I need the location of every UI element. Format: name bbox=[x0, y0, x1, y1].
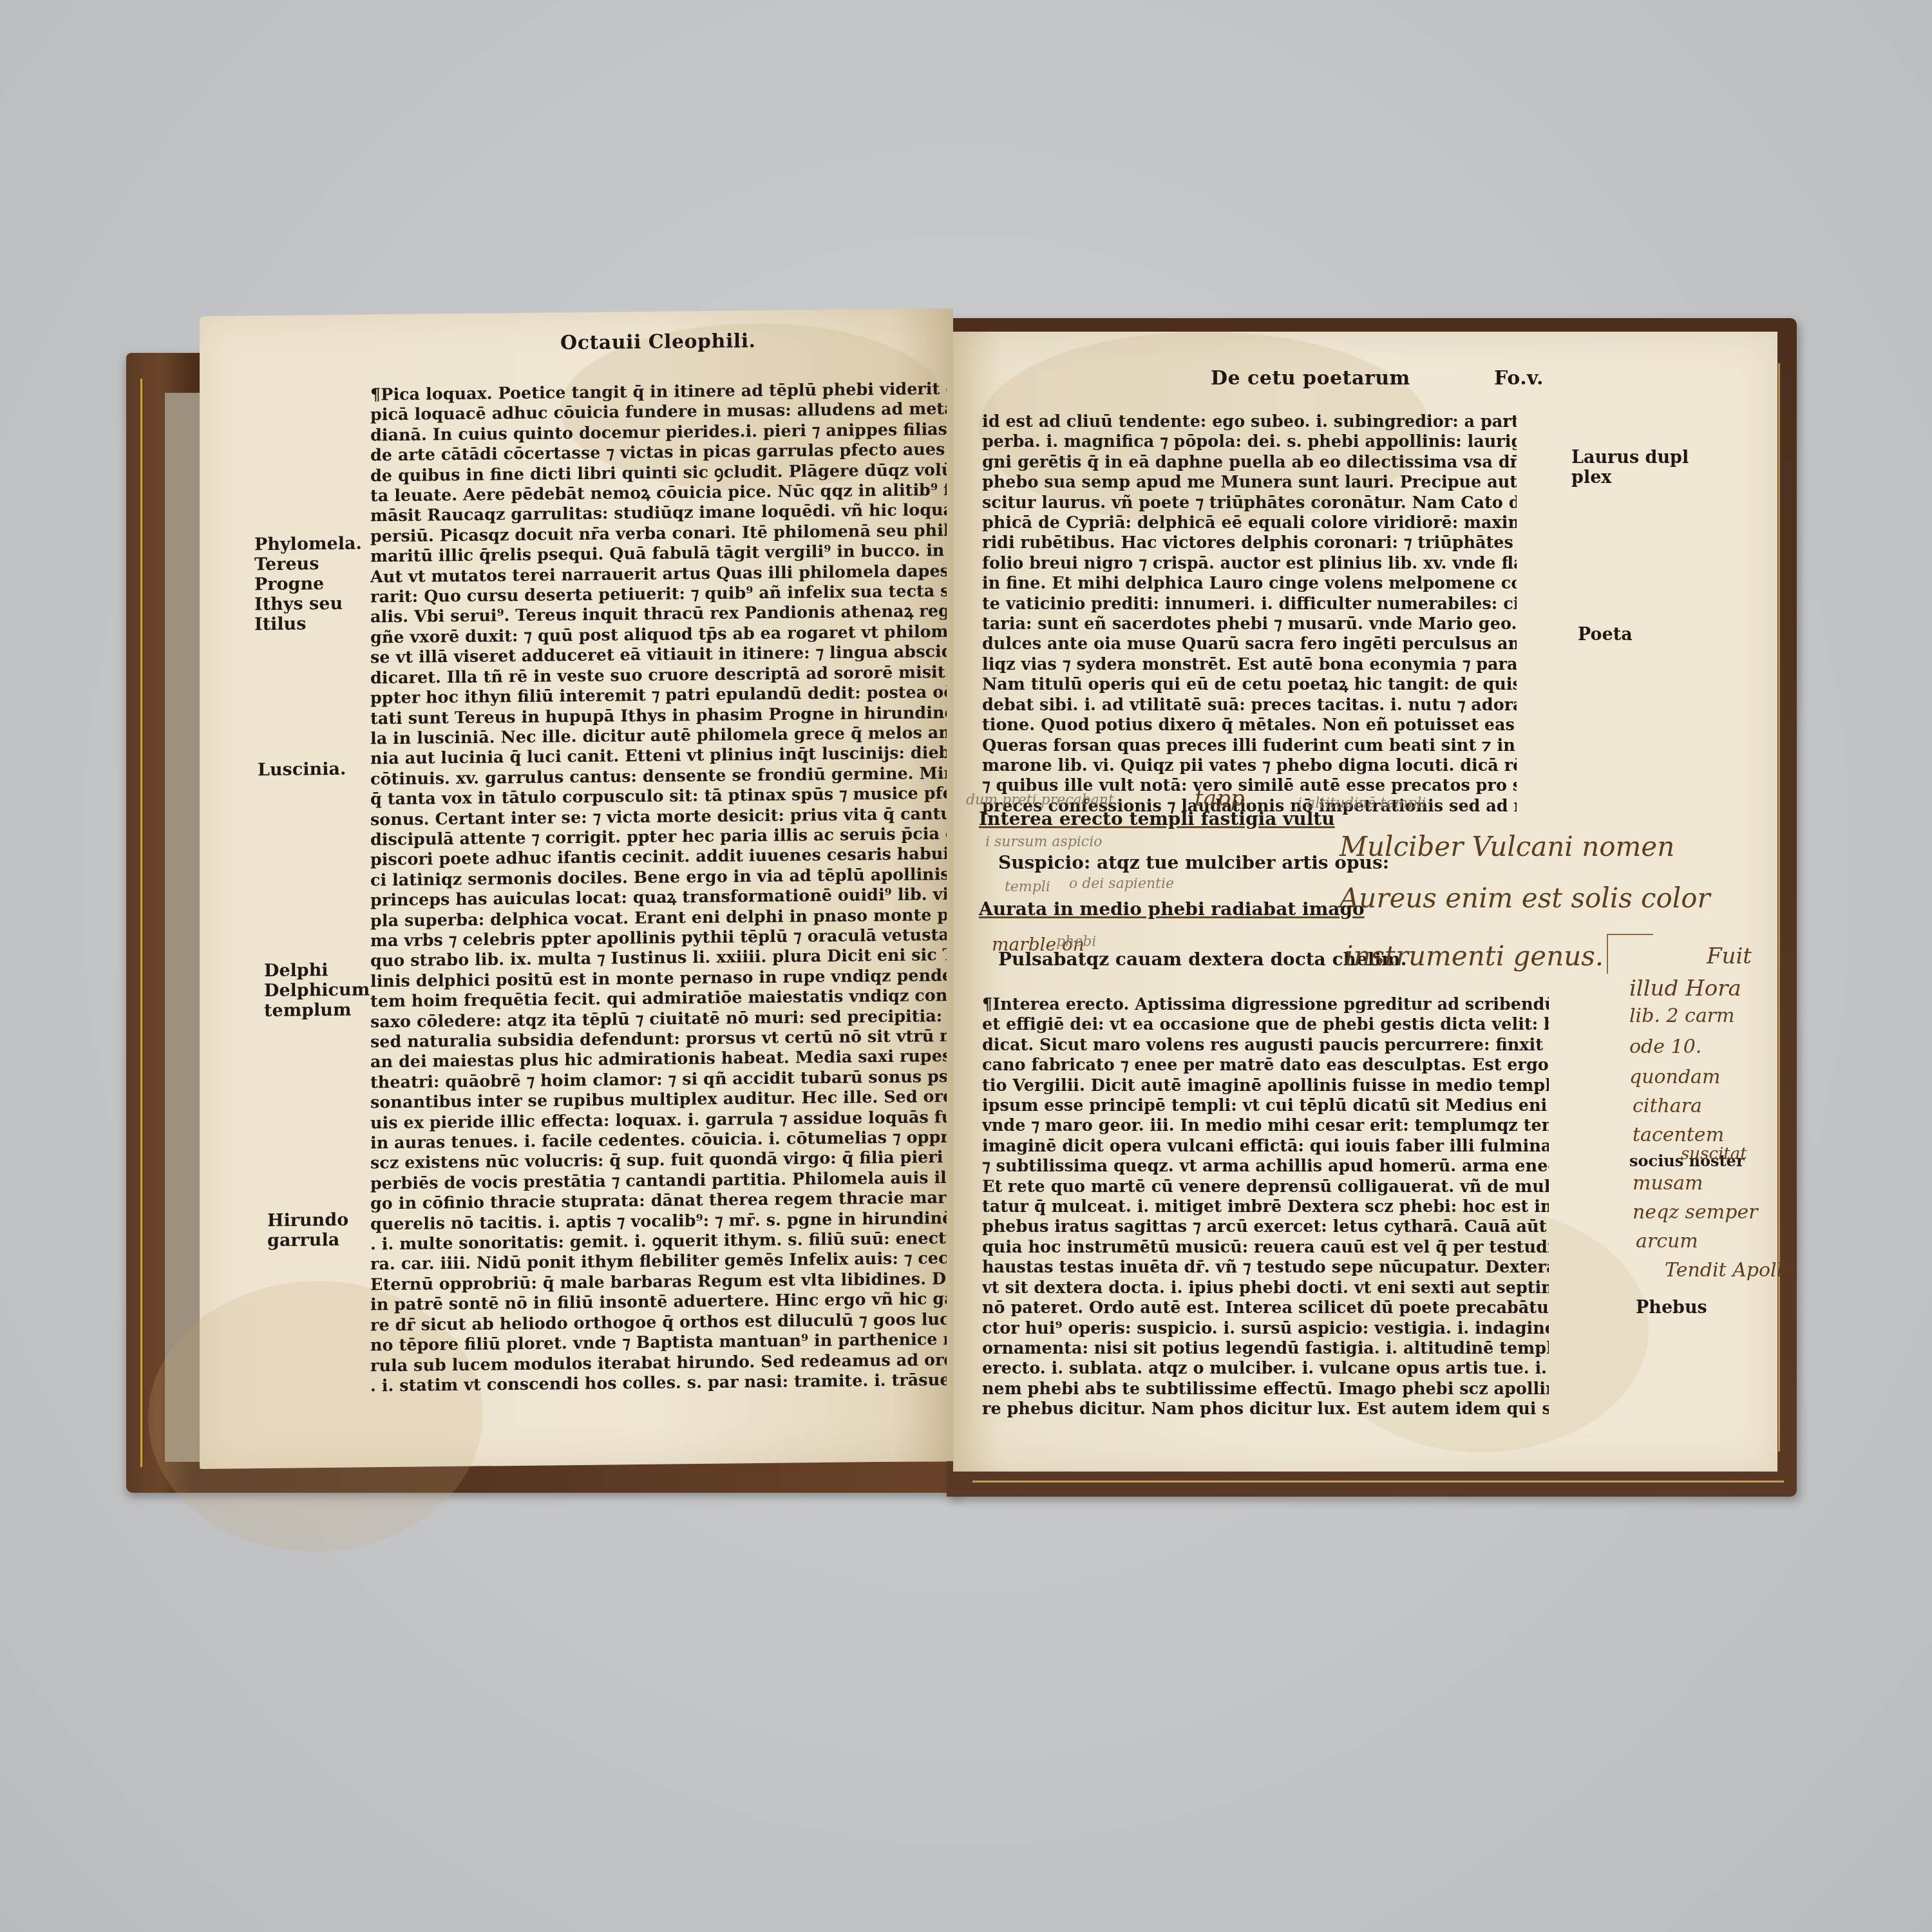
handwritten-interlinear-note: o dei sapientie bbox=[1069, 876, 1174, 892]
left-commentary-text: ¶Pica loquax. Poetice tangit q̄ in itine… bbox=[370, 379, 947, 1397]
handwritten-margin-gloss: ode 10. bbox=[1629, 1036, 1701, 1058]
margin-note-luscinia: Luscinia. bbox=[258, 759, 346, 780]
handwritten-interlinear-note: templi bbox=[1005, 879, 1050, 895]
verse-line-3: Aurata in medio phebi radiabat imago bbox=[979, 898, 1365, 920]
handwritten-margin-gloss: neqz semper bbox=[1633, 1201, 1758, 1224]
handwritten-margin-gloss: Fuit bbox=[1707, 943, 1752, 969]
margin-note-poeta: Poeta bbox=[1578, 625, 1633, 645]
folio-number: Fo.v. bbox=[1494, 367, 1544, 390]
right-commentary-text-top: id est ad cliuū tendente: ego subeo. i. … bbox=[982, 412, 1517, 817]
running-head: De cetu poetarum bbox=[1211, 367, 1410, 390]
handwritten-margin-gloss: suscitat bbox=[1681, 1144, 1747, 1164]
running-head: Octauii Cleophili. bbox=[560, 330, 756, 354]
handwritten-margin-gloss: Tendit Apollo bbox=[1665, 1259, 1794, 1282]
handwritten-bracket bbox=[1607, 934, 1653, 974]
verse-line-1: Interea erecto templi fastigia vultu bbox=[979, 808, 1335, 829]
handwritten-margin-gloss: tacentem bbox=[1633, 1124, 1724, 1146]
handwritten-gloss-line: Mulciber Vulcani nomen bbox=[1340, 831, 1674, 862]
margin-note-hirundo: Hirundo garrula bbox=[267, 1210, 348, 1251]
handwritten-margin-gloss: cithara bbox=[1633, 1095, 1702, 1117]
handwritten-note-tapp: tapp. bbox=[1195, 786, 1251, 811]
margin-note-laurus: Laurus dupl plex bbox=[1571, 448, 1689, 488]
left-page: Octauii Cleophili. Phylomela. Tereus Pro… bbox=[200, 308, 953, 1469]
margin-note-philomela: Phylomela. Tereus Progne Ithys seu Itilu… bbox=[254, 533, 362, 634]
handwritten-interlinear-note: phebi bbox=[1056, 934, 1096, 950]
verse-line-2: Suspicio: atqz tue mulciber artis opus: bbox=[998, 852, 1389, 873]
handwritten-margin-gloss: lib. 2 carm bbox=[1629, 1005, 1735, 1027]
gilt-fillet-vertical bbox=[1778, 363, 1780, 1452]
right-commentary-text-bottom: ¶Interea erecto. Aptissima digressione p… bbox=[982, 995, 1549, 1420]
handwritten-margin-gloss: illud Hora bbox=[1629, 976, 1741, 1001]
handwritten-margin-gloss: arcum bbox=[1636, 1230, 1698, 1253]
handwritten-interlinear-note: dum preti precabant bbox=[966, 792, 1114, 808]
handwritten-gloss-line: Aureus enim est solis color bbox=[1340, 882, 1710, 914]
gilt-fillet-horizontal bbox=[972, 1481, 1784, 1482]
handwritten-interlinear-note: i sursum aspicio bbox=[985, 834, 1102, 850]
margin-note-phebus: Phebus bbox=[1636, 1298, 1707, 1318]
handwritten-margin-gloss: musam bbox=[1633, 1172, 1703, 1195]
right-page: De cetu poetarum Fo.v. id est ad cliuū t… bbox=[953, 332, 1777, 1472]
margin-note-delphi: Delphi Delphicum templum bbox=[264, 960, 370, 1021]
handwritten-gloss-line: instrumenti genus. bbox=[1345, 940, 1604, 972]
handwritten-margin-gloss: quondam bbox=[1629, 1066, 1720, 1088]
gilt-fillet bbox=[140, 379, 142, 1467]
